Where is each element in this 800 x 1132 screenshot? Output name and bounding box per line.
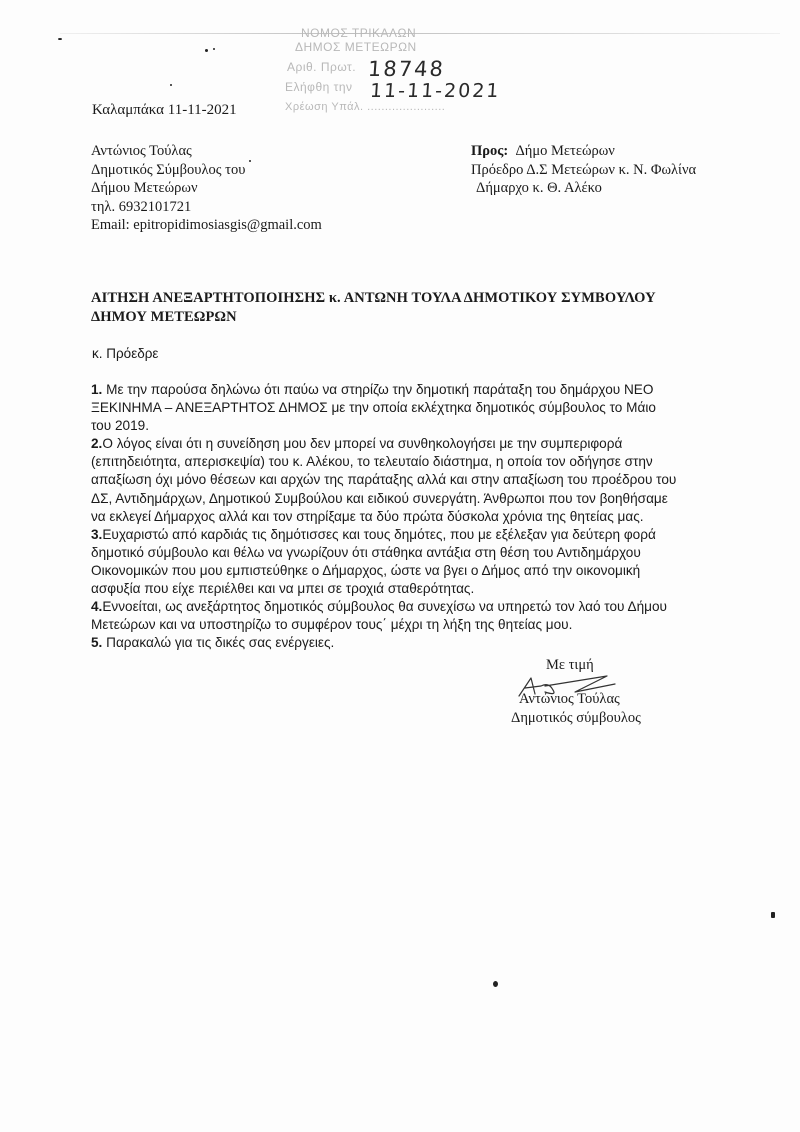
body-line: 1. Με την παρούσα δηλώνω ότι παύω να στη…: [91, 381, 676, 399]
scan-speck: [771, 912, 775, 918]
handwritten-signature: [515, 672, 625, 702]
body-line-text: απαξίωση όχι μόνο θέσεων και αρχών της π…: [91, 472, 676, 487]
stamp-charge-clerk: Χρέωση Υπάλ. ......................: [285, 101, 445, 113]
body-line-text: Ευχαριστώ από καρδιάς τις δημότισσες και…: [102, 527, 656, 542]
body-line: 4.Εννοείται, ως ανεξάρτητος δημοτικός σύ…: [91, 598, 676, 616]
scan-speck: [493, 981, 498, 987]
body-line: 2.Ο λόγος είναι ότι η συνείδηση μου δεν …: [91, 435, 676, 453]
paragraph-number: 1.: [91, 382, 102, 397]
closing-role: Δημοτικός σύμβουλος: [511, 709, 641, 728]
sender-role-line2: Δήμου Μετεώρων: [91, 179, 322, 198]
paragraph-number: 3.: [91, 527, 102, 542]
body-line: ασφυξία που είχε περιέλθει και να μπει σ…: [91, 580, 676, 598]
body-line-text: Ο λόγος είναι ότι η συνείδηση μου δεν μπ…: [102, 436, 622, 451]
stamp-prefecture: ΝΟΜΟΣ ΤΡΙΚΑΛΩΝ: [301, 26, 416, 40]
body-line: 3.Ευχαριστώ από καρδιάς τις δημότισσες κ…: [91, 526, 676, 544]
body-line: Μετεώρων και να υποστηρίζω το συμφέρον τ…: [91, 616, 676, 634]
paragraph-number: 2.: [91, 436, 102, 451]
title-line2: ΔΗΜΟΥ ΜΕΤΕΩΡΩΝ: [91, 308, 656, 327]
scanned-document-page: ΝΟΜΟΣ ΤΡΙΚΑΛΩΝ ΔΗΜΟΣ ΜΕΤΕΩΡΩΝ Αριθ. Πρωτ…: [0, 0, 800, 1132]
scan-speck: [58, 38, 62, 40]
sender-email: Email: epitropidimosiasgis@gmail.com: [91, 216, 322, 235]
body-line-text: (επιτηδειότητα, απερισκεψία) του κ. Αλέκ…: [91, 454, 653, 469]
body-line-text: δημοτικό σύμβουλο και θέλω να γνωρίζουν …: [91, 545, 641, 560]
scan-speck: [170, 84, 172, 86]
place-date: Καλαμπάκα 11-11-2021: [92, 101, 237, 120]
body-line-text: Μετεώρων και να υποστηρίζω το συμφέρον τ…: [91, 617, 572, 632]
body-line: του 2019.: [91, 417, 676, 435]
scan-speck: [213, 48, 215, 50]
paragraph-number: 5.: [91, 635, 102, 650]
body-line-text: να εκλεγεί Δήμαρχος αλλά και τον στηρίξα…: [91, 509, 644, 524]
recipient-label: Προς:: [471, 143, 508, 159]
body-line: (επιτηδειότητα, απερισκεψία) του κ. Αλέκ…: [91, 453, 676, 471]
scan-speck: [205, 49, 208, 52]
recipient-line2: Πρόεδρο Δ.Σ Μετεώρων κ. Ν. Φωλίνα: [471, 161, 696, 180]
salutation: κ. Πρόεδρε: [92, 345, 158, 364]
recipient-to: Δήμο Μετεώρων: [515, 143, 614, 159]
sender-role-line1: Δημοτικός Σύμβουλος του: [91, 161, 322, 180]
paragraph-number: 4.: [91, 599, 102, 614]
body-line-text: ΔΣ, Αντιδημάρχων, Δημοτικού Συμβούλου κα…: [91, 491, 668, 506]
body-line: να εκλεγεί Δήμαρχος αλλά και τον στηρίξα…: [91, 508, 676, 526]
body-line-text: Εννοείται, ως ανεξάρτητος δημοτικός σύμβ…: [102, 599, 667, 614]
body-line: Οικονομικών που μου εμπιστεύθηκε ο Δήμαρ…: [91, 562, 676, 580]
title-line1: ΑΙΤΗΣΗ ΑΝΕΞΑΡΤΗΤΟΠΟΙΗΣΗΣ κ. ΑΝΤΩΝΗ ΤΟΥΛΑ…: [91, 289, 656, 308]
letter-body: 1. Με την παρούσα δηλώνω ότι παύω να στη…: [91, 381, 676, 652]
stamp-protocol-number: 18748: [367, 57, 445, 81]
body-line: ΔΣ, Αντιδημάρχων, Δημοτικού Συμβούλου κα…: [91, 490, 676, 508]
body-line: δημοτικό σύμβουλο και θέλω να γνωρίζουν …: [91, 544, 676, 562]
body-line: απαξίωση όχι μόνο θέσεων και αρχών της π…: [91, 471, 676, 489]
body-line-text: Οικονομικών που μου εμπιστεύθηκε ο Δήμαρ…: [91, 563, 640, 578]
body-line: ΞΕΚΙΝΗΜΑ – ΑΝΕΞΑΡΤΗΤΟΣ ΔΗΜΟΣ με την οποί…: [91, 399, 676, 417]
body-line-text: του 2019.: [91, 418, 149, 433]
body-line-text: Με την παρούσα δηλώνω ότι παύω να στηρίζ…: [102, 382, 653, 397]
document-title: ΑΙΤΗΣΗ ΑΝΕΞΑΡΤΗΤΟΠΟΙΗΣΗΣ κ. ΑΝΤΩΝΗ ΤΟΥΛΑ…: [91, 289, 656, 327]
stamp-municipality: ΔΗΜΟΣ ΜΕΤΕΩΡΩΝ: [295, 40, 417, 54]
stamp-received-label: Ελήφθη την: [285, 80, 353, 94]
sender-phone: τηλ. 6932101721: [91, 198, 322, 217]
body-line: 5. Παρακαλώ για τις δικές σας ενέργειες.: [91, 634, 676, 652]
body-line-text: Παρακαλώ για τις δικές σας ενέργειες.: [102, 635, 334, 650]
stamp-protocol-label: Αριθ. Πρωτ.: [287, 60, 356, 74]
body-line-text: ΞΕΚΙΝΗΜΑ – ΑΝΕΞΑΡΤΗΤΟΣ ΔΗΜΟΣ με την οποί…: [91, 400, 656, 415]
sender-block: Αντώνιος Τούλας Δημοτικός Σύμβουλος του …: [91, 142, 322, 235]
stamp-received-date: 11-11-2021: [369, 80, 501, 102]
sender-name: Αντώνιος Τούλας: [91, 142, 322, 161]
recipient-block: Προς: Δήμο Μετεώρων Πρόεδρο Δ.Σ Μετεώρων…: [471, 142, 696, 198]
body-line-text: ασφυξία που είχε περιέλθει και να μπει σ…: [91, 581, 474, 596]
recipient-line3: Δήμαρχο κ. Θ. Αλέκο: [471, 179, 696, 198]
